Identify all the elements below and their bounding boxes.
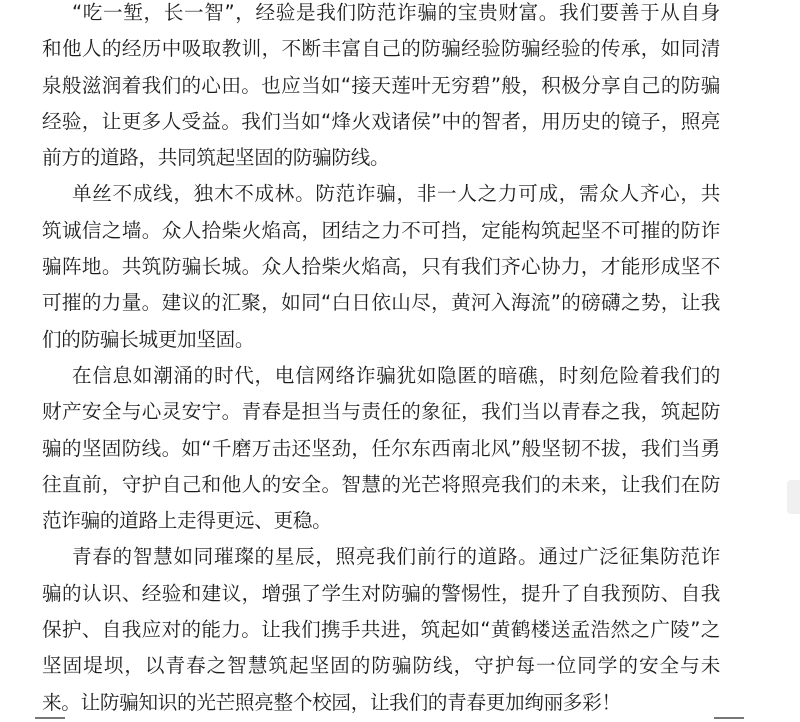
text-line: 泉般滋润着我们的心田。也应当如“接天莲叶无穷碧”般，积极分享自己的防骗 — [42, 68, 720, 104]
text-line: 坚固堤坝，以青春之智慧筑起坚固的防骗防线，守护每一位同学的安全与未 — [42, 648, 720, 684]
text-line: 骗的认识、经验和建议，增强了学生对防骗的警惕性，提升了自我预防、自我 — [42, 576, 720, 612]
paragraph: 在信息如潮涌的时代，电信网络诈骗犹如隐匿的暗礁，时刻危险着我们的 财产安全与心灵… — [42, 358, 720, 539]
text-line: 保护、自我应对的能力。让我们携手共进，筑起如“黄鹤楼送孟浩然之广陵”之 — [42, 612, 720, 648]
document-page: “吃一堑，长一智”，经验是我们防范诈骗的宝贵财富。我们要善于从自身 和他人的经历… — [42, 0, 720, 721]
text-line: 单丝不成线，独木不成林。防范诈骗，非一人之力可成，需众人齐心，共 — [42, 176, 720, 212]
text-line: 范诈骗的道路上走得更远、更稳。 — [42, 503, 720, 539]
text-line: 前方的道路，共同筑起坚固的防骗防线。 — [42, 140, 720, 176]
page-margin-corner-mark — [35, 717, 65, 719]
text-line: 往直前，守护自己和他人的安全。智慧的光芒将照亮我们的未来，让我们在防 — [42, 467, 720, 503]
paragraph: 单丝不成线，独木不成林。防范诈骗，非一人之力可成，需众人齐心，共 筑诚信之墙。众… — [42, 176, 720, 357]
text-line: 经验，让更多人受益。我们当如“烽火戏诸侯”中的智者，用历史的镜子，照亮 — [42, 104, 720, 140]
text-line: “吃一堑，长一智”，经验是我们防范诈骗的宝贵财富。我们要善于从自身 — [42, 0, 720, 31]
text-line: 骗的坚固防线。如“千磨万击还坚劲，任尔东西南北风”般坚韧不拔，我们当勇 — [42, 431, 720, 467]
page-margin-corner-mark — [714, 717, 744, 719]
text-line: 青春的智慧如同璀璨的星辰，照亮我们前行的道路。通过广泛征集防范诈 — [42, 539, 720, 575]
text-line: 骗阵地。共筑防骗长城。众人拾柴火焰高，只有我们齐心协力，才能形成坚不 — [42, 249, 720, 285]
paragraph: 青春的智慧如同璀璨的星辰，照亮我们前行的道路。通过广泛征集防范诈 骗的认识、经验… — [42, 539, 720, 720]
text-line: 可摧的力量。建议的汇聚，如同“白日依山尽，黄河入海流”的磅礴之势，让我 — [42, 285, 720, 321]
text-line: 财产安全与心灵安宁。青春是担当与责任的象征，我们当以青春之我，筑起防 — [42, 394, 720, 430]
text-line: 们的防骗长城更加坚固。 — [42, 322, 720, 358]
text-line: 筑诚信之墙。众人拾柴火焰高，团结之力不可挡，定能构筑起坚不可摧的防诈 — [42, 213, 720, 249]
text-line: 和他人的经历中吸取教训，不断丰富自己的防骗经验防骗经验的传承，如同清 — [42, 31, 720, 67]
scrollbar-thumb[interactable] — [787, 480, 800, 514]
paragraph: “吃一堑，长一智”，经验是我们防范诈骗的宝贵财富。我们要善于从自身 和他人的经历… — [42, 0, 720, 176]
text-line: 来。让防骗知识的光芒照亮整个校园，让我们的青春更加绚丽多彩！ — [42, 685, 720, 721]
text-line: 在信息如潮涌的时代，电信网络诈骗犹如隐匿的暗礁，时刻危险着我们的 — [42, 358, 720, 394]
